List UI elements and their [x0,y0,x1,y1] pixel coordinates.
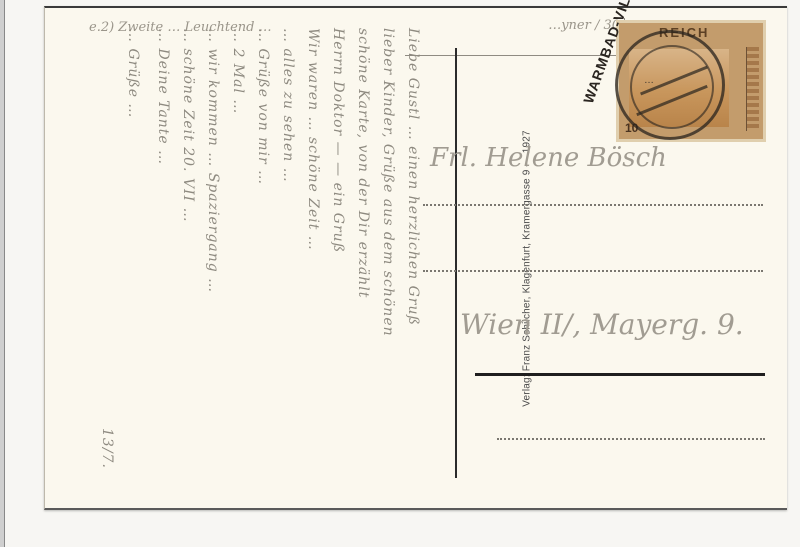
message-line: … Deine Tante … [155,28,177,508]
address-solid-line [475,373,765,376]
publisher-imprint: Verlag: Franz Schilcher, Klagenfurt, Kra… [522,79,533,459]
message-line: Wir waren … schöne Zeit … [305,28,327,508]
recipient-street: Wien II/, Mayerg. 9. [460,308,744,341]
message-line: … Grüße von mir … [255,28,277,508]
postmark: … [615,30,725,140]
side-note: 13/7. [99,428,121,508]
message-line: lieber Kinder, Grüße aus dem schönen [380,28,402,508]
message-line: … wir kommen … Spaziergang … [205,28,227,508]
center-divider [455,48,457,478]
scan-edge [0,0,5,547]
message-line: … 2 Mal … [230,28,252,508]
address-dotted-line-2 [423,270,763,272]
recipient-name: Frl. Helene Bösch [430,143,667,173]
message-line: … Grüße … [125,28,147,508]
message-line: … alles zu sehen … [280,28,302,508]
message-line: schöne Karte, von der Dir erzählt [355,28,377,508]
stamp-side-border [746,47,759,131]
handwritten-message: Liebe Gustl … einen herzlichen Gruß lieb… [105,28,435,508]
message-line: Liebe Gustl … einen herzlichen Gruß [405,28,427,508]
message-line: Herrn Doktor — — ein Gruß [330,28,352,508]
address-dotted-line-3 [497,438,765,440]
address-dotted-line-1 [423,204,763,206]
postmark-date: … [644,75,654,86]
top-right-handwritten-note: …yner / 30 [405,18,625,56]
message-line: … schöne Zeit 20. VII … [180,28,202,508]
